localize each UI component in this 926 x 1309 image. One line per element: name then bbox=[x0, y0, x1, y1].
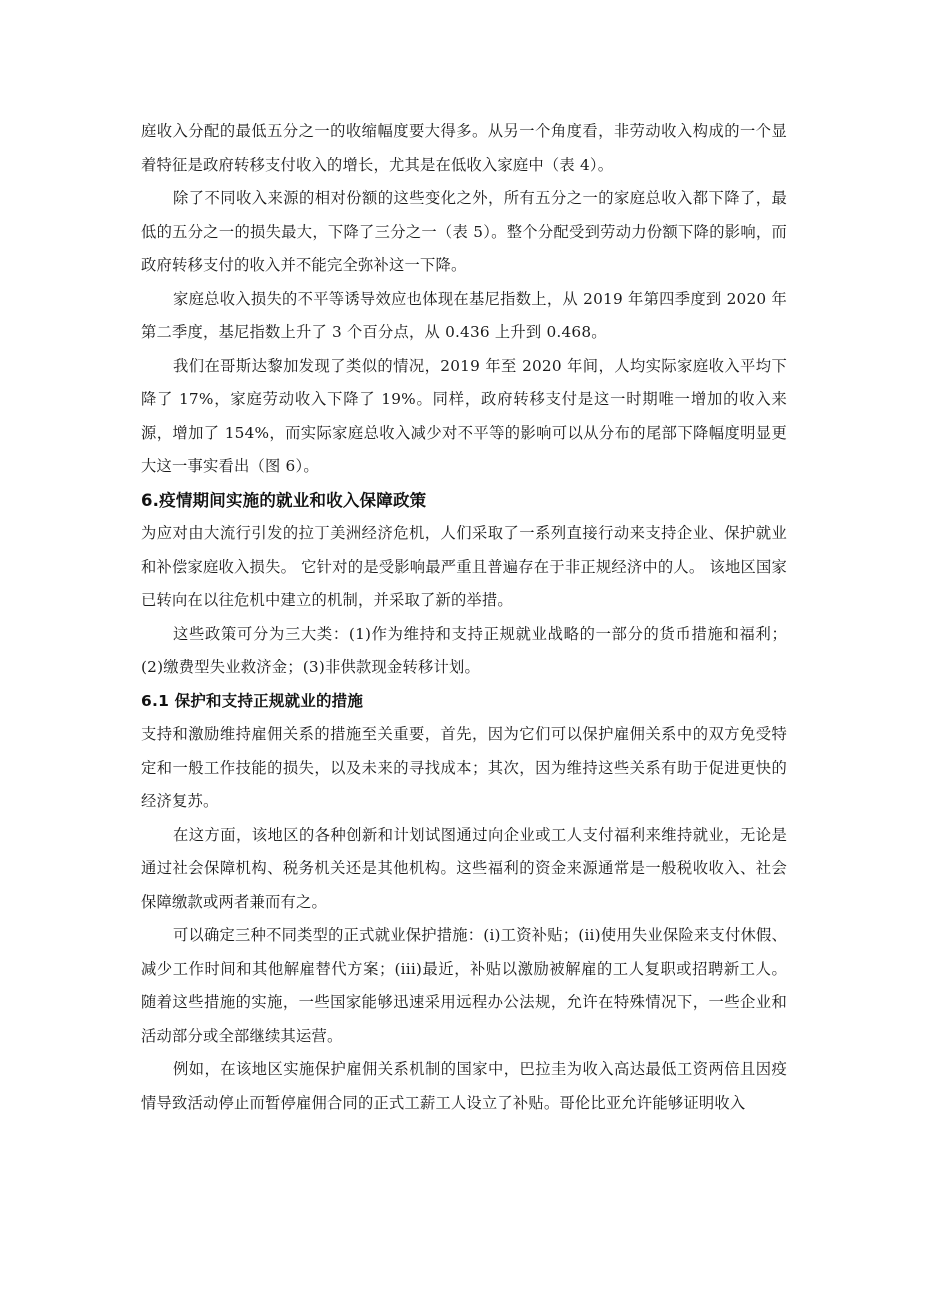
paragraph-protection-types: 可以确定三种不同类型的正式就业保护措施：(i)工资补贴；(ii)使用失业保险来支… bbox=[141, 919, 787, 1053]
paragraph-income-quintile: 庭收入分配的最低五分之一的收缩幅度要大得多。从另一个角度看，非劳动收入构成的一个… bbox=[141, 115, 787, 182]
paragraph-policy-intro: 为应对由大流行引发的拉丁美洲经济危机，人们采取了一系列直接行动来支持企业、保护就… bbox=[141, 517, 787, 618]
paragraph-policy-categories: 这些政策可分为三大类：(1)作为维持和支持正规就业战略的一部分的货币措施和福利；… bbox=[141, 618, 787, 685]
paragraph-paraguay-example: 例如，在该地区实施保护雇佣关系机制的国家中，巴拉圭为收入高达最低工资两倍且因疫情… bbox=[141, 1053, 787, 1120]
section-heading: 6.疫情期间实施的就业和收入保障政策 bbox=[141, 484, 787, 518]
document-page: 庭收入分配的最低五分之一的收缩幅度要大得多。从另一个角度看，非劳动收入构成的一个… bbox=[141, 115, 787, 1120]
subsection-heading: 6.1 保护和支持正规就业的措施 bbox=[141, 685, 787, 719]
paragraph-total-income-decline: 除了不同收入来源的相对份额的这些变化之外，所有五分之一的家庭总收入都下降了，最低… bbox=[141, 182, 787, 283]
paragraph-regional-initiatives: 在这方面，该地区的各种创新和计划试图通过向企业或工人支付福利来维持就业，无论是通… bbox=[141, 819, 787, 920]
paragraph-gini-index: 家庭总收入损失的不平等诱导效应也体现在基尼指数上，从 2019 年第四季度到 2… bbox=[141, 283, 787, 350]
paragraph-costa-rica: 我们在哥斯达黎加发现了类似的情况，2019 年至 2020 年间，人均实际家庭收… bbox=[141, 350, 787, 484]
paragraph-employment-support: 支持和激励维持雇佣关系的措施至关重要，首先，因为它们可以保护雇佣关系中的双方免受… bbox=[141, 718, 787, 819]
